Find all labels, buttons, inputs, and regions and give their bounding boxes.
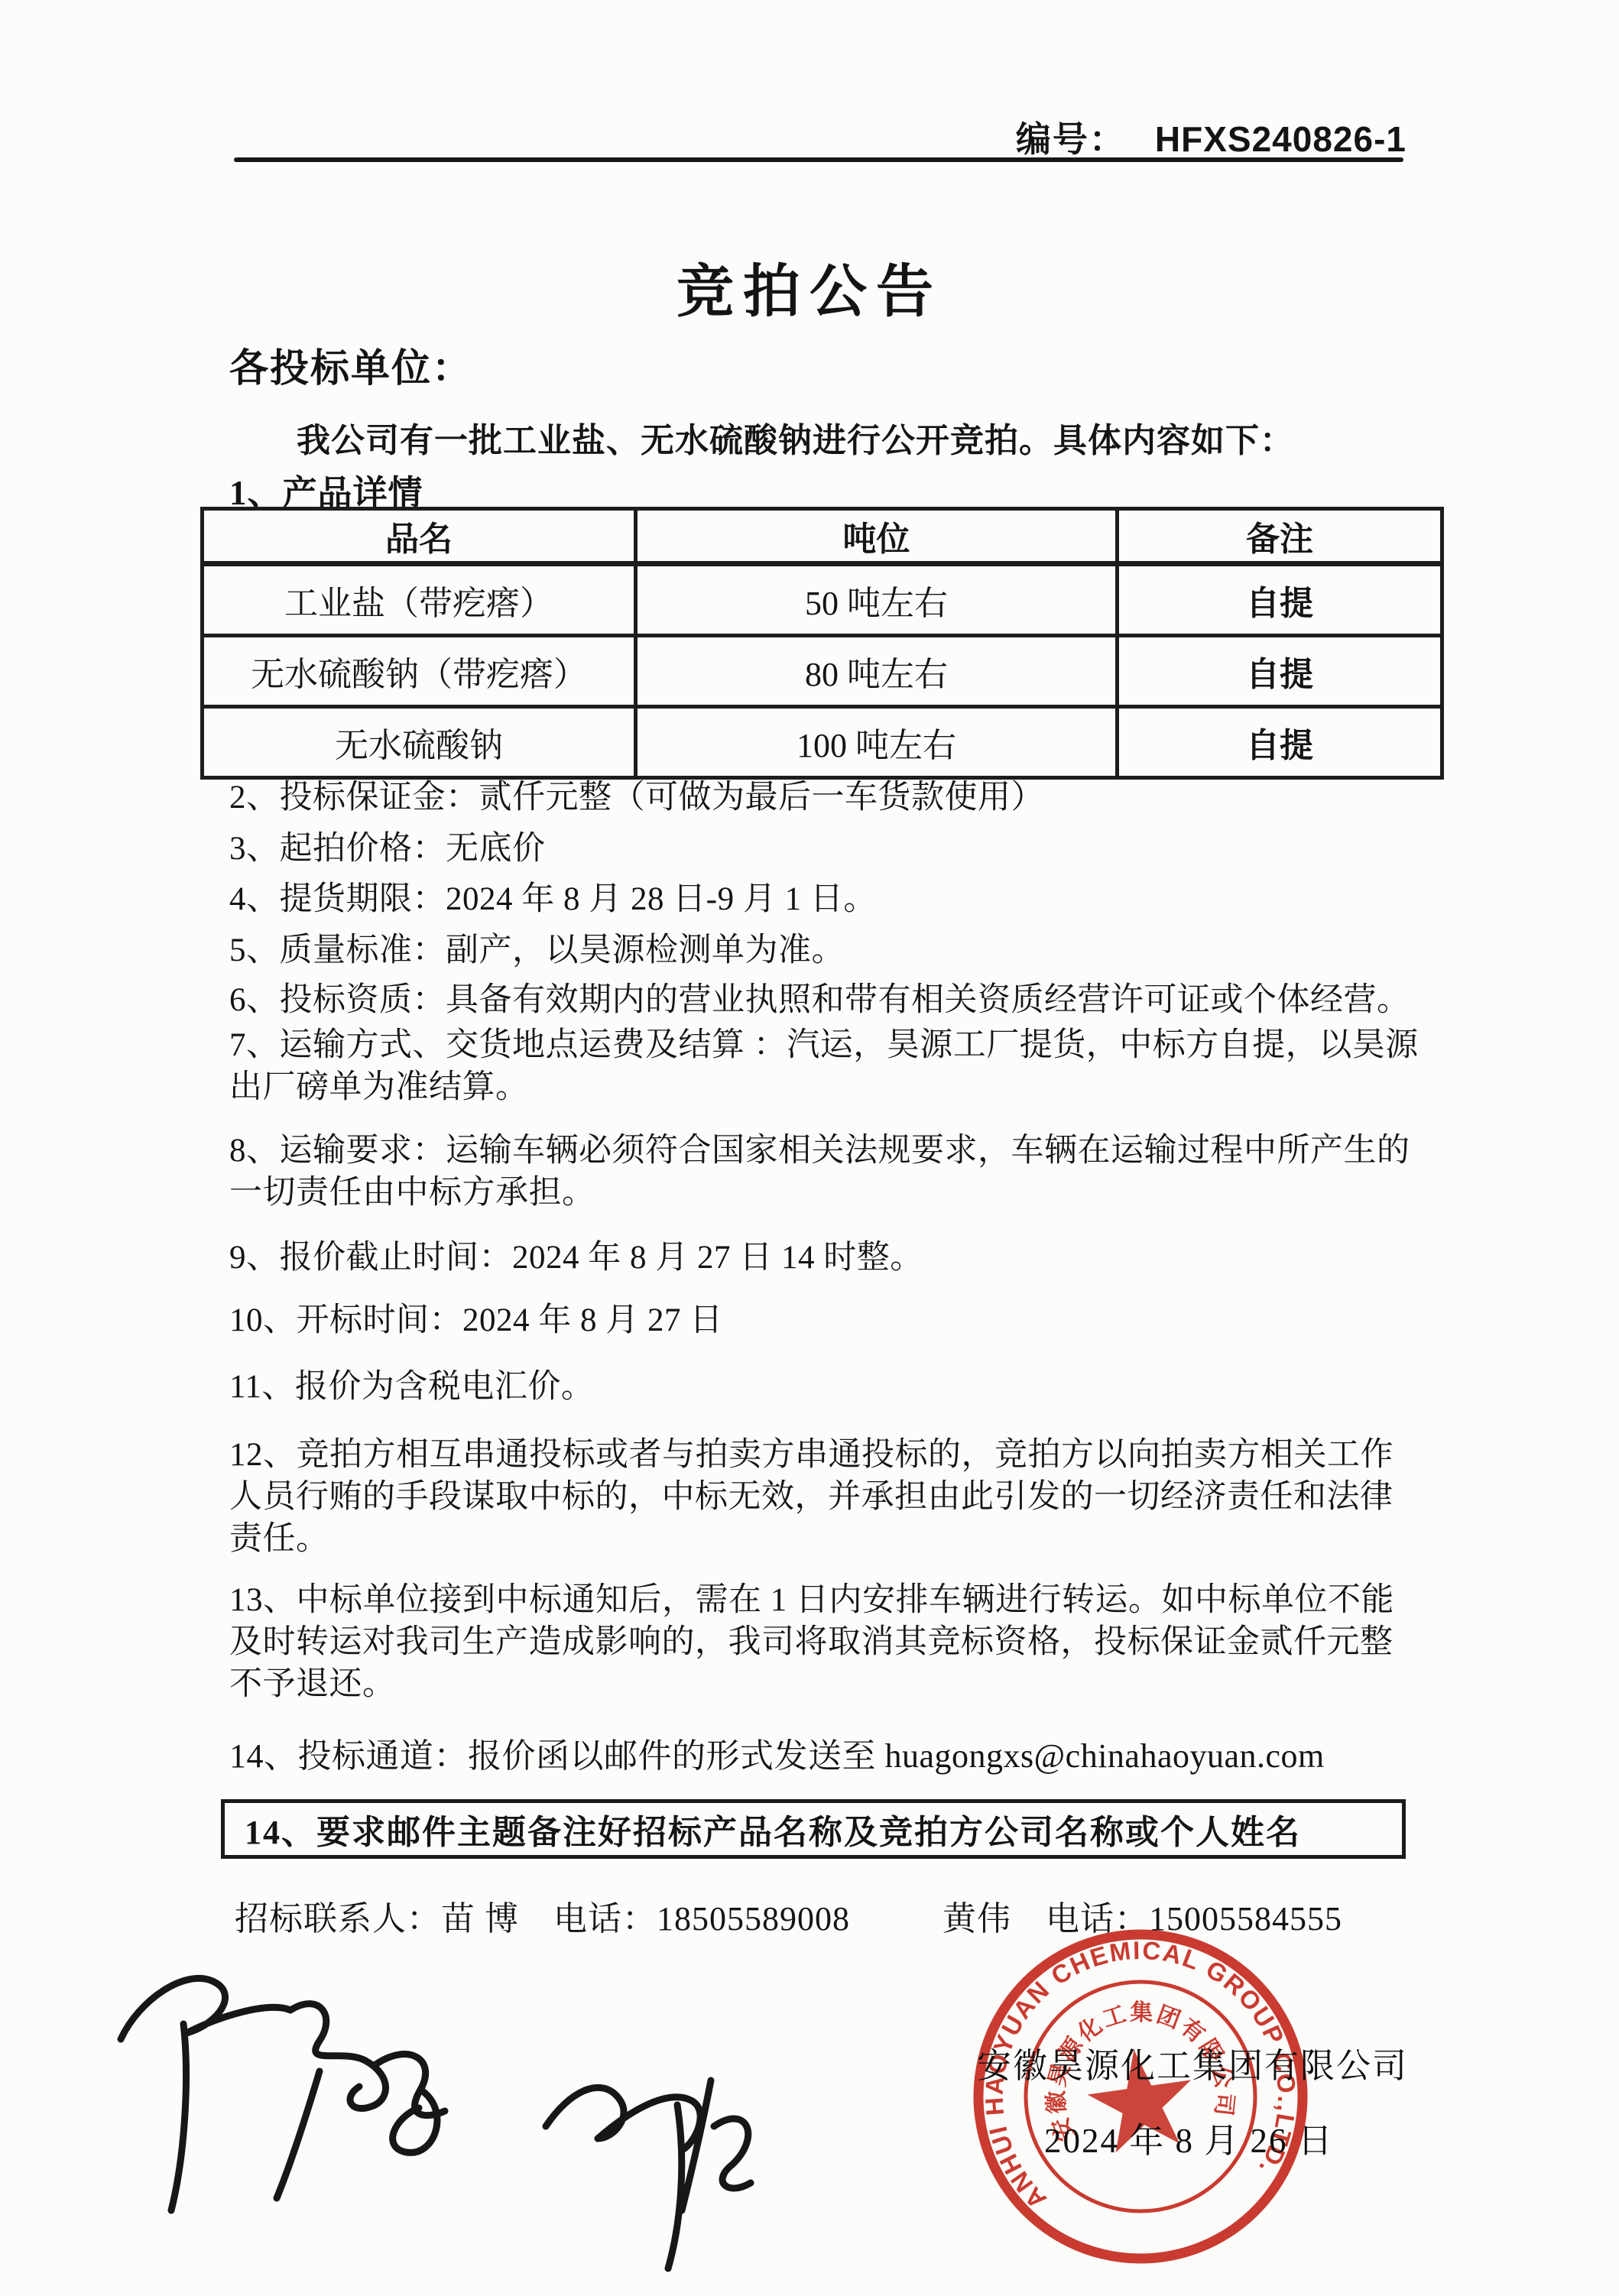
company-stamp: ANHUI HAOYUAN CHEMICAL GROUP CO.,LTD. 安徽… — [963, 1921, 1319, 2272]
cell-tonnage: 100 吨左右 — [636, 707, 1118, 778]
item-5-paragraph: 5、质量标准：副产，以昊源检测单为准。 — [229, 929, 845, 971]
intro-paragraph: 我公司有一批工业盐、无水硫酸钠进行公开竞拍。具体内容如下： — [297, 413, 1294, 462]
item-10-paragraph: 10、开标时间：2024 年 8 月 27 日 — [229, 1299, 723, 1341]
handwritten-signature-left — [90, 1926, 457, 2232]
item-12-paragraph: 12、竞拍方相互串通投标或者与拍卖方串通投标的，竞拍方以向拍卖方相关工作人员行贿… — [229, 1434, 1422, 1560]
handwritten-signature-middle — [527, 2025, 772, 2278]
item-9-paragraph: 9、报价截止时间：2024 年 8 月 27 日 14 时整。 — [229, 1237, 923, 1279]
scanned-auction-notice: 编号：HFXS240826-1 竞拍公告 各投标单位： 我公司有一批工业盐、无水… — [0, 0, 1619, 2296]
cell-product-name: 无水硫酸钠（带疙瘩） — [203, 636, 636, 707]
cell-remark: 自提 — [1118, 707, 1442, 778]
cell-tonnage: 50 吨左右 — [636, 564, 1118, 636]
cell-remark: 自提 — [1118, 564, 1442, 636]
doc-ref-number: 编号：HFXS240826-1 — [1016, 112, 1406, 162]
boxed-note: 14、要求邮件主题备注好招标产品名称及竞拍方公司名称或个人姓名 — [221, 1799, 1406, 1859]
header-rule — [234, 157, 1403, 162]
cell-tonnage: 80 吨左右 — [636, 636, 1118, 707]
page-title: 竞拍公告 — [0, 246, 1619, 328]
item-2-paragraph: 2、投标保证金：贰仟元整（可做为最后一车货款使用） — [229, 777, 1044, 819]
table-row: 无水硫酸钠 100 吨左右 自提 — [203, 707, 1442, 778]
table-row: 工业盐（带疙瘩） 50 吨左右 自提 — [203, 564, 1442, 636]
cell-remark: 自提 — [1118, 636, 1442, 707]
item-8-paragraph: 8、运输要求：运输车辆必须符合国家相关法规要求，车辆在运输过程中所产生的一切责任… — [229, 1130, 1422, 1214]
boxed-note-text: 14、要求邮件主题备注好招标产品名称及竞拍方公司名称或个人姓名 — [245, 1805, 1301, 1853]
item-7-paragraph: 7、运输方式、交货地点运费及结算 ：汽运，昊源工厂提货，中标方自提，以昊源出厂磅… — [229, 1024, 1422, 1108]
ref-label: 编号： — [1016, 120, 1126, 159]
cell-product-name: 无水硫酸钠 — [203, 707, 636, 778]
item-4-paragraph: 4、提货期限：2024 年 8 月 28 日-9 月 1 日。 — [229, 878, 877, 920]
item-14-paragraph: 14、投标通道：报价函以邮件的形式发送至 huagongxs@chinahaoy… — [229, 1735, 1325, 1777]
date-line: 2024 年 8 月 26 日 — [1044, 2113, 1334, 2162]
item-3-paragraph: 3、起拍价格：无底价 — [229, 828, 546, 870]
item-11-paragraph: 11、报价为含税电汇价。 — [229, 1366, 594, 1408]
item-13-paragraph: 13、中标单位接到中标通知后，需在 1 日内安排车辆进行转运。如中标单位不能及时… — [229, 1579, 1422, 1705]
company-name-line: 安徽昊源化工集团有限公司 — [977, 2038, 1408, 2087]
table-header-row: 品名 吨位 备注 — [203, 509, 1442, 564]
item-6-paragraph: 6、投标资质：具备有效期内的营业执照和带有相关资质经营许可证或个体经营。 — [229, 979, 1410, 1021]
contact-person-right: 黄伟 电话：15005584555 — [943, 1891, 1342, 1940]
col-header-name: 品名 — [203, 509, 636, 564]
col-header-remark: 备注 — [1118, 509, 1442, 564]
col-header-tonnage: 吨位 — [636, 509, 1118, 564]
ref-value: HFXS240826-1 — [1155, 119, 1406, 159]
cell-product-name: 工业盐（带疙瘩） — [203, 564, 636, 636]
table-row: 无水硫酸钠（带疙瘩） 80 吨左右 自提 — [203, 636, 1442, 707]
salutation: 各投标单位： — [229, 336, 472, 393]
product-table: 品名 吨位 备注 工业盐（带疙瘩） 50 吨左右 自提 无水硫酸钠（带疙瘩） 8… — [200, 507, 1444, 780]
